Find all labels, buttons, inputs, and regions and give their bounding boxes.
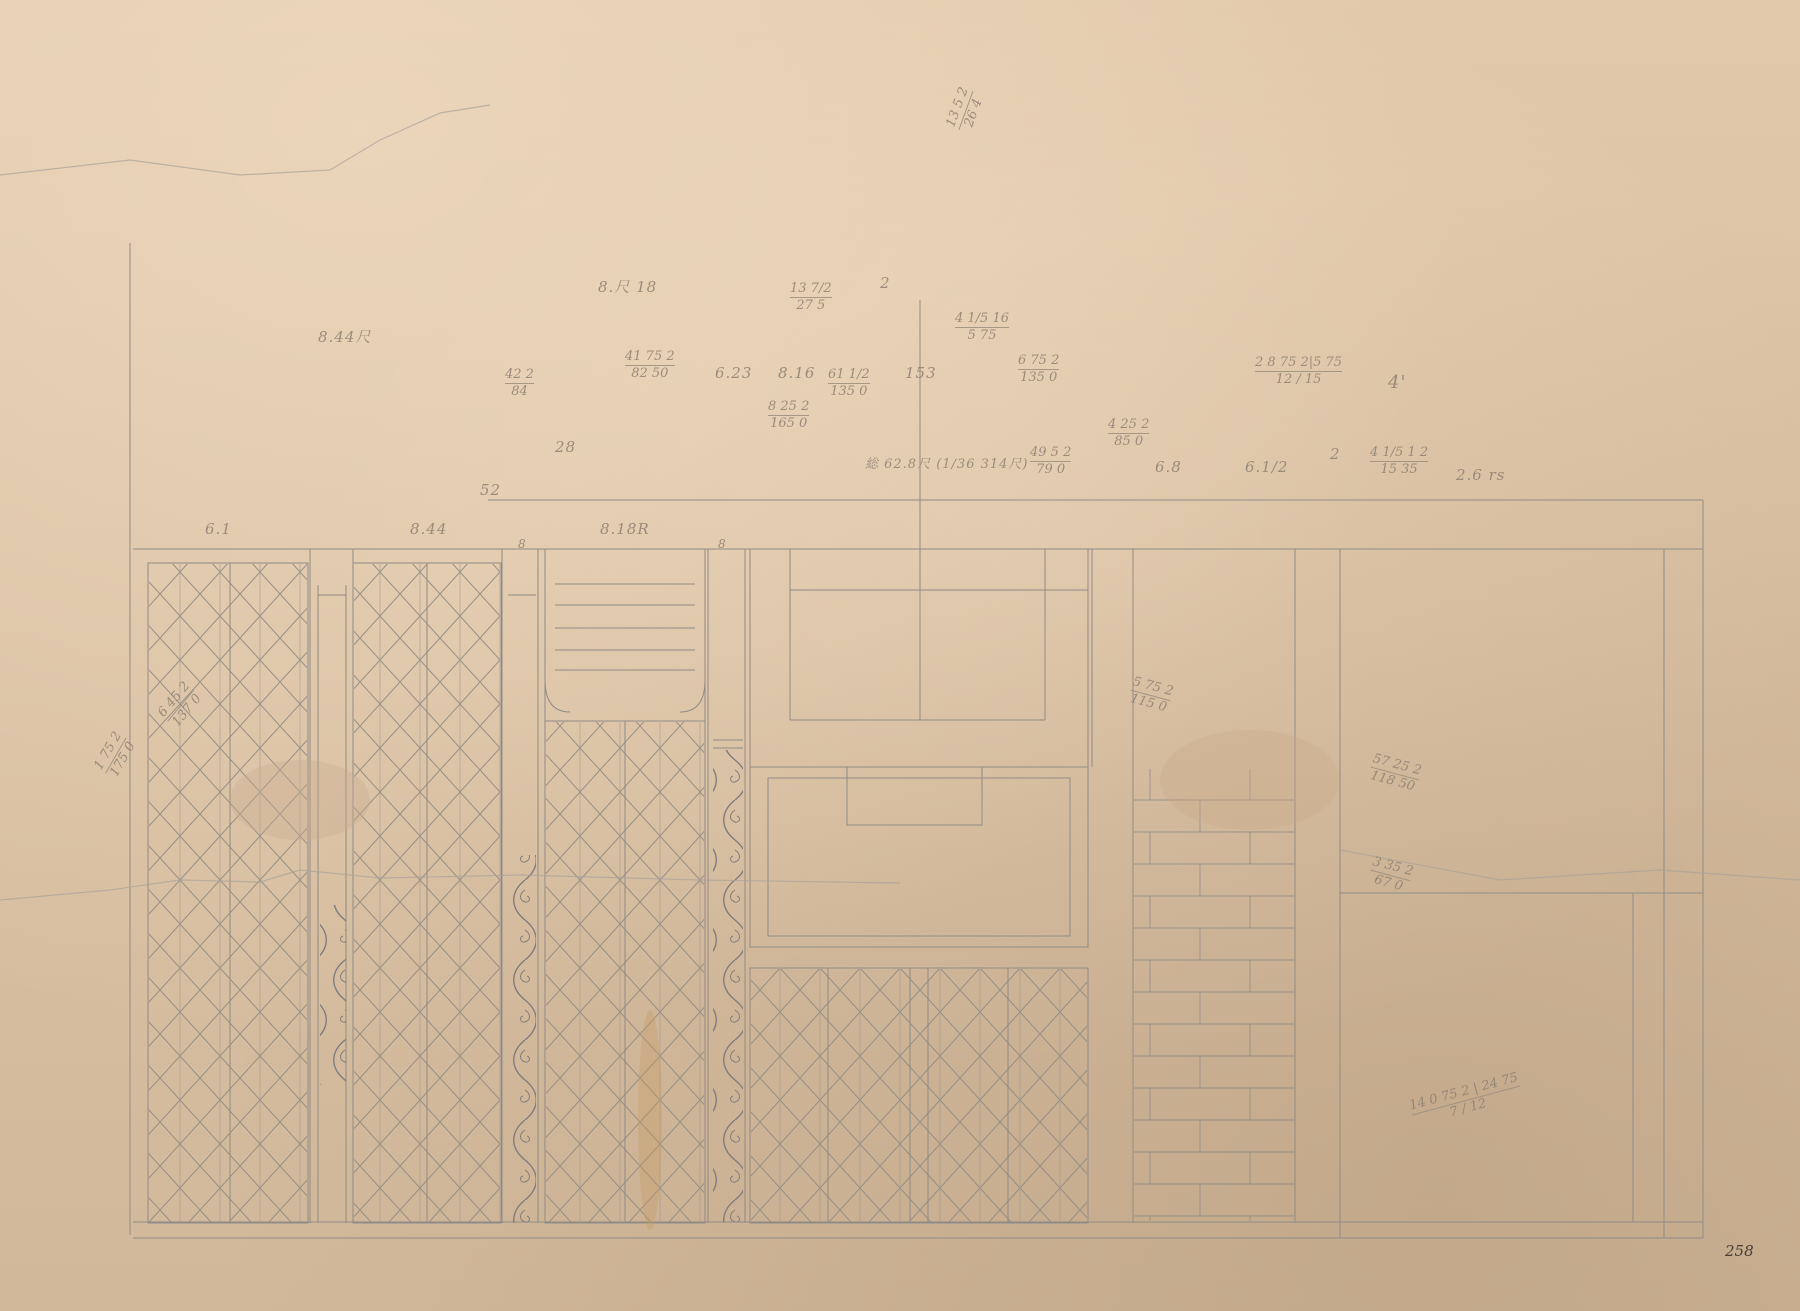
- calc-fraction: 2 8 75 2|5 7512 / 15: [1255, 356, 1342, 386]
- calc-fraction: 42 284: [505, 368, 534, 398]
- annotation: 28: [555, 440, 576, 456]
- annotation: 6.8: [1155, 460, 1182, 476]
- elevation-drawing: [0, 0, 1800, 1311]
- annotation: 8.44尺: [318, 330, 371, 346]
- annotation: 153: [905, 366, 937, 382]
- annotation: 6.23: [715, 366, 752, 382]
- dimension-label-bay3: 8.18R: [600, 522, 650, 538]
- dimension-label-bay1: 6.1: [205, 522, 232, 538]
- calc-fraction: 13 7/227 5: [790, 282, 832, 312]
- dimension-label-left-run: 52: [480, 483, 501, 499]
- annotation: 4': [1388, 374, 1406, 393]
- annotation: 2: [1330, 447, 1341, 463]
- calc-fraction: 4 1/5 165 75: [955, 312, 1009, 342]
- scale-note: 総 62.8尺 (1/36 314尺): [865, 458, 1029, 472]
- sheet-number: 258: [1725, 1242, 1754, 1260]
- annotation: 2.6 rs: [1456, 468, 1506, 484]
- dimension-label-pilaster-b: 8: [718, 538, 727, 551]
- calc-fraction: 4 25 285 0: [1108, 418, 1149, 448]
- calc-fraction: 41 75 282 50: [625, 350, 675, 380]
- calc-fraction: 8 25 2165 0: [768, 400, 809, 430]
- annotation: 6.1/2: [1245, 460, 1288, 476]
- calc-fraction: 4 1/5 1 215 35: [1370, 446, 1428, 476]
- dimension-label-pilaster-a: 8: [518, 538, 527, 551]
- annotation: 8.尺 18: [598, 280, 657, 296]
- dimension-label-bay2: 8.44: [410, 522, 447, 538]
- annotation: 8.16: [778, 366, 815, 382]
- calc-fraction: 61 1/2135 0: [828, 368, 870, 398]
- calc-fraction: 49 5 279 0: [1030, 446, 1071, 476]
- annotation: 2: [880, 276, 891, 292]
- calc-fraction: 6 75 2135 0: [1018, 354, 1059, 384]
